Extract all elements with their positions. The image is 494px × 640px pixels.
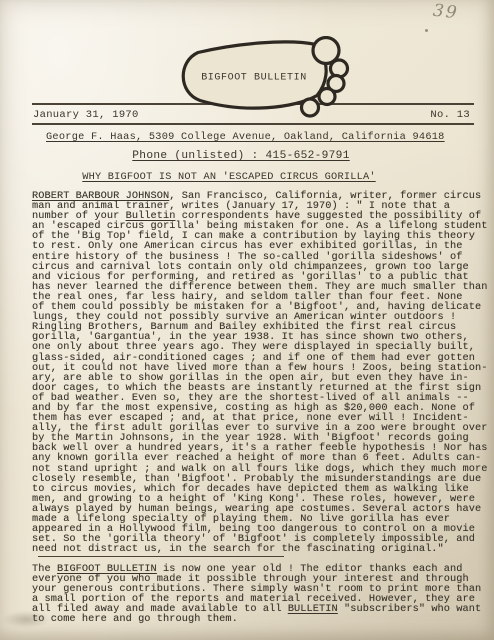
editor-address-line: George F. Haas, 5309 College Avenue, Oak… (46, 131, 445, 143)
pencil-dot-mark (425, 29, 428, 32)
issue-date: January 31, 1970 (33, 109, 139, 121)
phone-line: Phone (unlisted) : 415-652-9791 (132, 150, 349, 162)
masthead-date-row: January 31, 1970 No. 13 (33, 109, 470, 121)
issue-number: No. 13 (430, 109, 470, 121)
article-body-paragraph: ROBERT BARBOUR JOHNSON, San Francisco, C… (32, 191, 492, 554)
masthead-rule-bottom (32, 123, 474, 125)
handwritten-page-number: 39 (432, 1, 460, 24)
section-divider-rule (38, 556, 284, 557)
anniversary-paragraph: The BIGFOOT BULLETIN is now one year old… (32, 564, 492, 625)
logo-title: BIGFOOT BULLETIN (201, 73, 307, 84)
newsletter-page: 39 BIGFOOT BULLETIN January 31, 1970 No.… (0, 0, 494, 640)
scan-smudge (2, 611, 50, 628)
article-heading: WHY BIGFOOT IS NOT AN 'ESCAPED CIRCUS GO… (82, 171, 375, 183)
